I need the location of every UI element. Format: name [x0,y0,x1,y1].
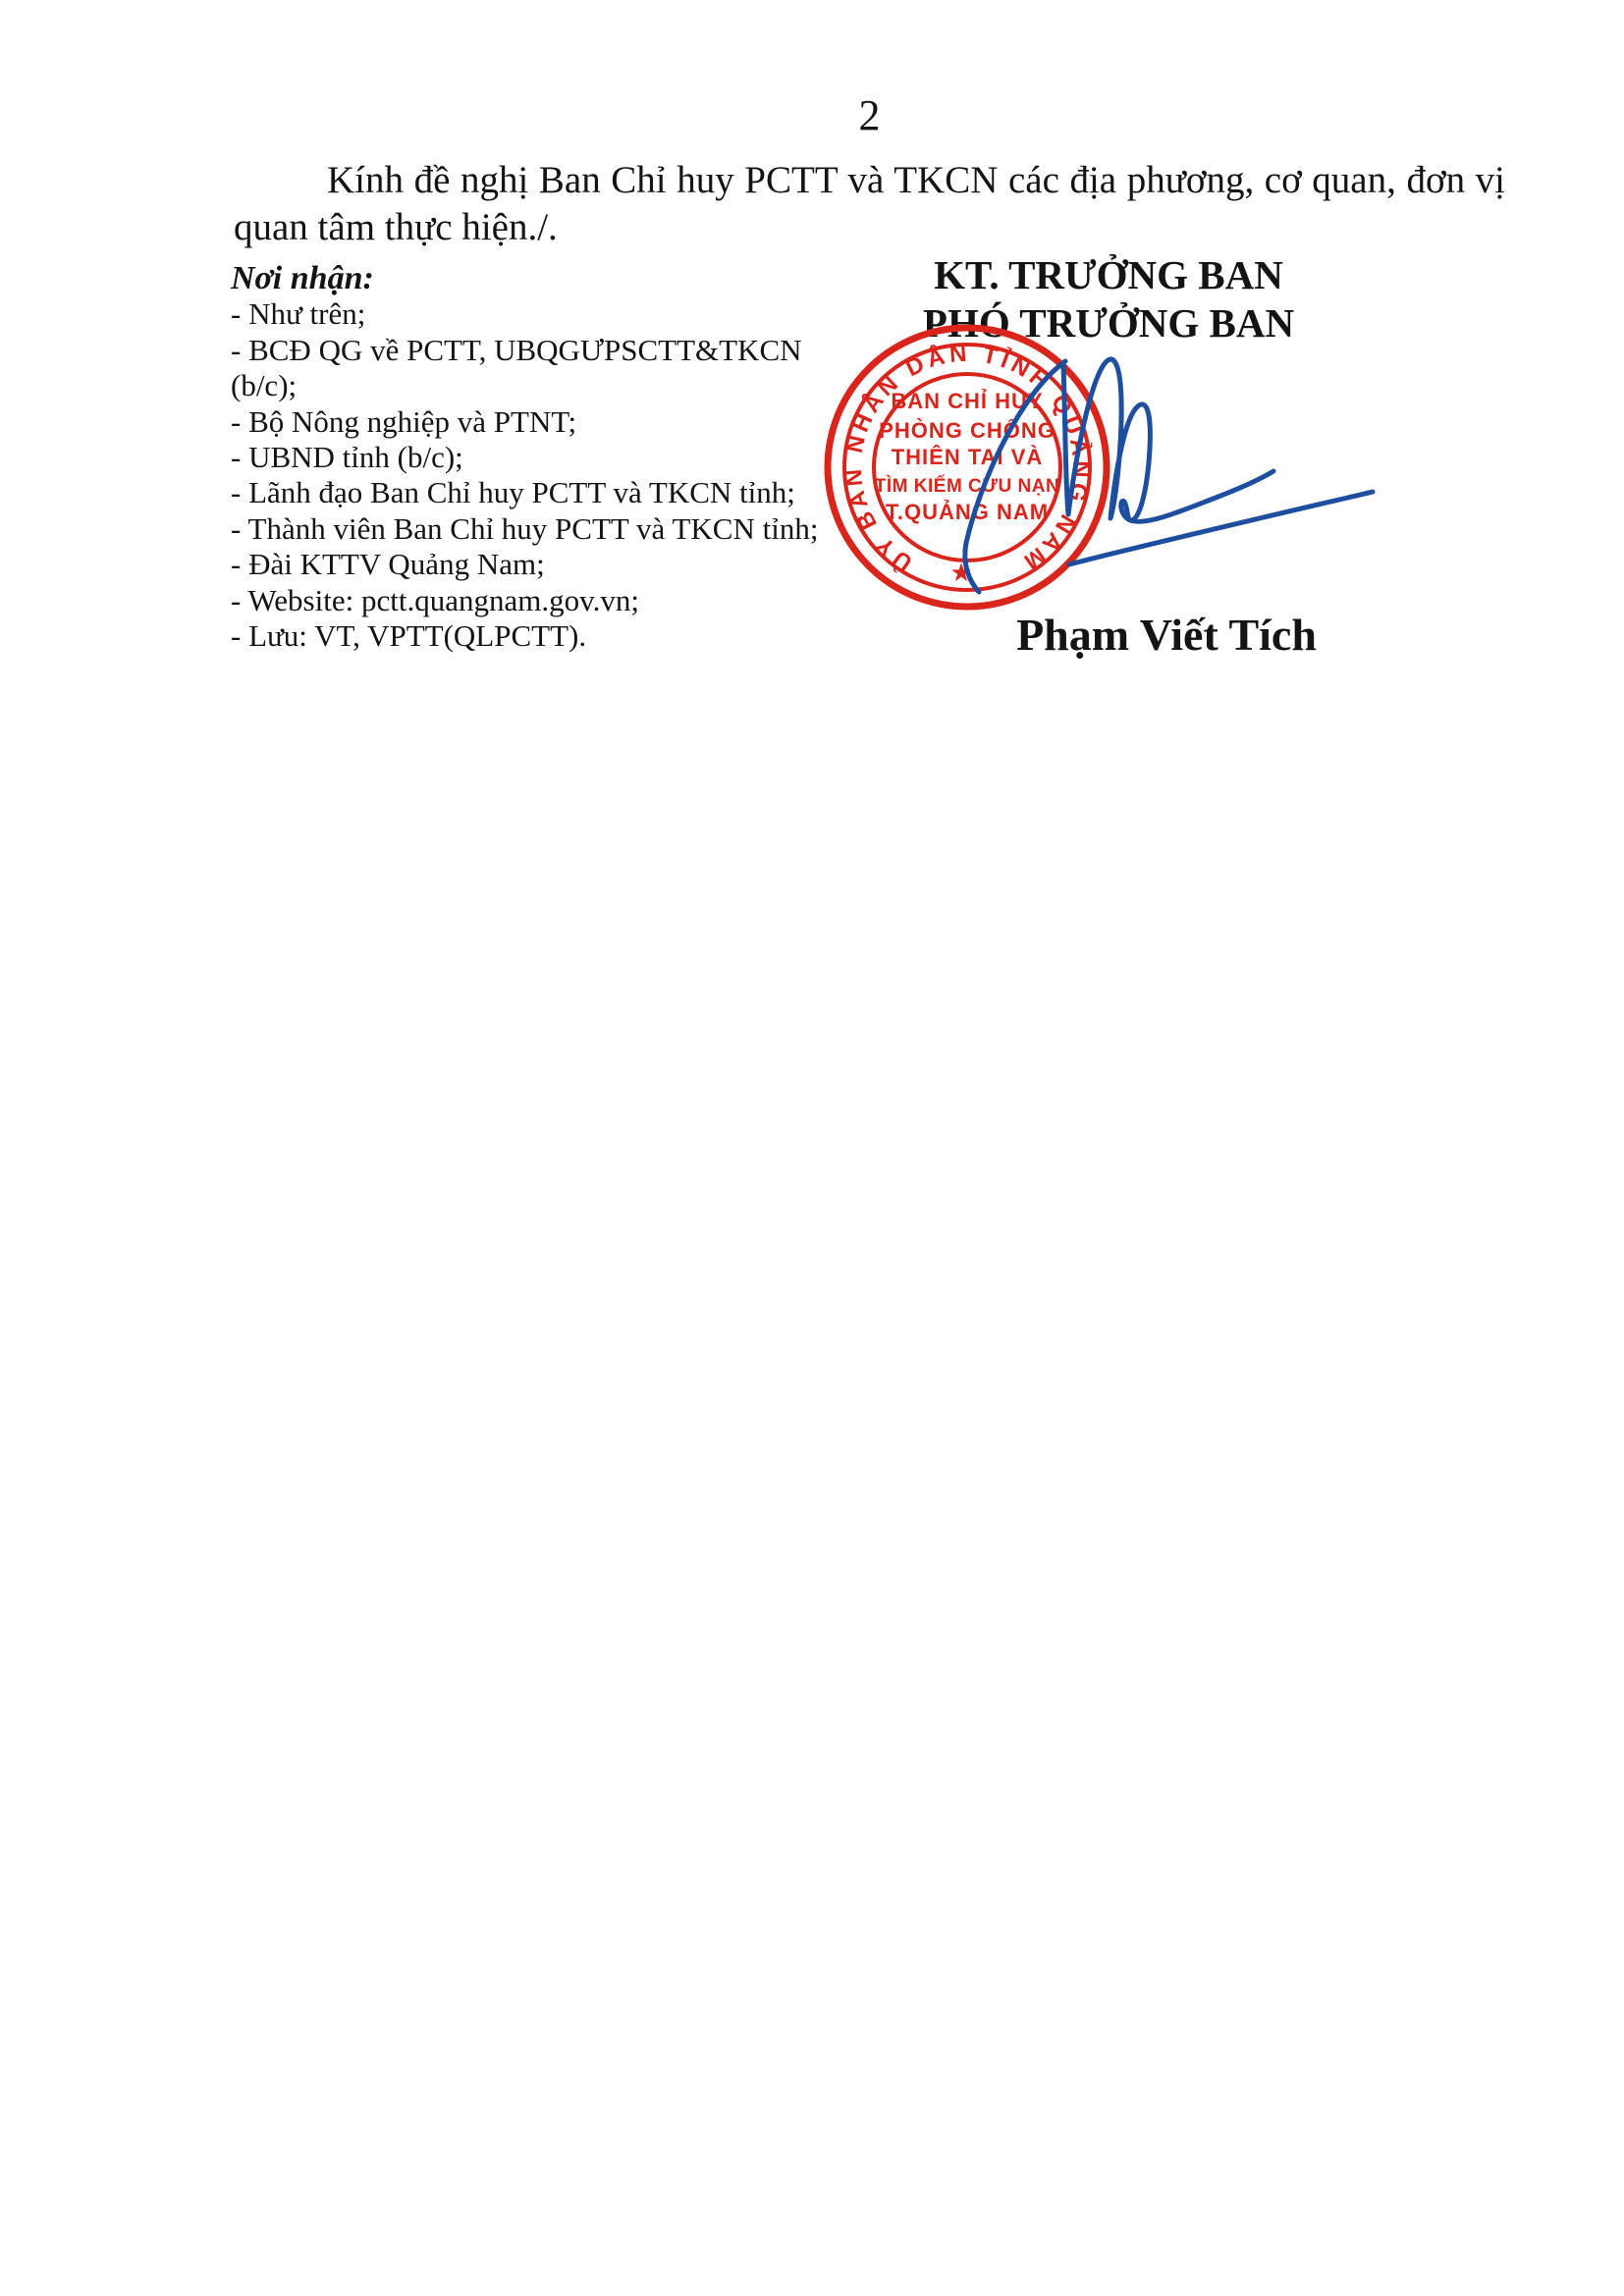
handwritten-signature [957,344,1399,604]
recipient-item: - Đài KTTV Quảng Nam; [231,547,859,582]
document-page: 2 Kính đề nghị Ban Chỉ huy PCTT và TKCN … [0,0,1624,2296]
recipient-item: - BCĐ QG về PCTT, UBQGƯPSCTT&TKCN (b/c); [231,333,859,404]
signature-stroke [1063,359,1273,521]
recipient-item: - Thành viên Ban Chỉ huy PCTT và TKCN tỉ… [231,511,859,547]
recipient-item: - Bộ Nông nghiệp và PTNT; [231,404,859,440]
body-paragraph-line-1: Kính đề nghị Ban Chỉ huy PCTT và TKCN cá… [234,157,1505,204]
signature-stroke [965,361,1065,592]
recipient-item: - Lưu: VT, VPTT(QLPCTT). [231,618,859,654]
approval-title-line1: KT. TRƯỞNG BAN [834,251,1383,299]
signer-name: Phạm Viết Tích [990,611,1343,660]
body-paragraph-line-2: quan tâm thực hiện./. [234,204,1505,251]
recipient-item: - Lãnh đạo Ban Chỉ huy PCTT và TKCN tỉnh… [231,475,859,510]
page-number: 2 [234,94,1505,137]
recipient-item: - Như trên; [231,296,859,332]
recipient-item: - UBND tỉnh (b/c); [231,440,859,475]
recipients-block: Nơi nhận: - Như trên; - BCĐ QG về PCTT, … [231,261,859,654]
recipient-item: - Website: pctt.quangnam.gov.vn; [231,583,859,618]
recipients-heading: Nơi nhận: [231,261,859,296]
